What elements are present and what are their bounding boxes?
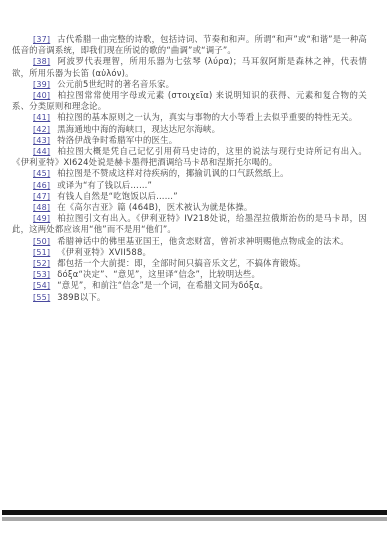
footnote-item: [53]δόξα“决定”、“意见”，这里译“信念”，比较明达些。 [12, 269, 367, 280]
footnote-item: [42]黑海通地中海的海峡口，现达达尼尔海峡。 [12, 124, 367, 135]
footnote-item: [47]有钱人自然是“吃饱饭以后……” [12, 191, 367, 202]
page-bottom-edge-light [2, 517, 387, 522]
footnote-item: [50]希腊神话中的佛里基亚国王，他贪恋财富，曾祈求神明赐他点物成金的法术。 [12, 236, 367, 247]
footnote-link[interactable]: [38] [33, 57, 50, 66]
footnote-link[interactable]: [43] [33, 136, 50, 145]
footnote-item: [46]或译为“有了钱以后……” [12, 180, 367, 191]
footnote-link[interactable]: [47] [33, 192, 50, 201]
footnote-text: 都包括一个大前提：即，全部时间只搞音乐文艺，不搞体育锻炼。 [57, 258, 306, 268]
footnote-item: [37]古代希腊一曲完整的诗歌，包括诗词、节奏和和声。所谓“和声”或“和谐”是一… [12, 34, 367, 56]
footnote-text: 希腊神话中的佛里基亚国王，他贪恋财富，曾祈求神明赐他点物成金的法术。 [57, 236, 349, 246]
footnote-link[interactable]: [54] [33, 281, 50, 290]
footnote-text: 柏拉图常常使用字母或元素 (στοιχεῖα) 来说明知识的获得、元素和复合物的… [12, 90, 367, 111]
footnote-link[interactable]: [40] [33, 91, 50, 100]
footnote-item: [49]柏拉图引文有出入。《伊利亚特》IV218处说，给墨涅拉俄斯治伤的是马卡昂… [12, 213, 367, 235]
footnote-link[interactable]: [48] [33, 203, 50, 212]
footnote-item: [51]《伊利亚特》XVII588。 [12, 247, 367, 258]
footnote-text: “意见”，和前注“信念”是一个词，在希腊文同为δόξα。 [57, 280, 268, 290]
footnote-item: [38]阿波罗代表理智，所用乐器为七弦琴 (λύρα)；马耳叙阿斯是森林之神，代… [12, 56, 367, 78]
footnote-link[interactable]: [55] [33, 293, 50, 302]
footnote-text: 或译为“有了钱以后……” [57, 180, 152, 190]
footnote-text: 柏拉图的基本原则之一认为，真实与事物的大小等看上去似乎重要的特性无关。 [57, 112, 357, 122]
footnote-item: [40]柏拉图常常使用字母或元素 (στοιχεῖα) 来说明知识的获得、元素和… [12, 90, 367, 112]
footnote-text: 389B以下。 [57, 292, 105, 302]
footnote-item: [54]“意见”，和前注“信念”是一个词，在希腊文同为δόξα。 [12, 280, 367, 291]
document-page: [37]古代希腊一曲完整的诗歌，包括诗词、节奏和和声。所谓“和声”或“和谐”是一… [0, 0, 390, 546]
footnote-item: [55]389B以下。 [12, 292, 367, 303]
footnote-text: 公元前5世纪时的著名音乐家。 [57, 79, 174, 89]
footnote-link[interactable]: [45] [33, 169, 50, 178]
footnote-text: 有钱人自然是“吃饱饭以后……” [57, 191, 178, 201]
footnote-text: 阿波罗代表理智，所用乐器为七弦琴 (λύρα)；马耳叙阿斯是森林之神，代表情欲，… [12, 56, 367, 77]
footnote-text: 柏拉图大概是凭自己记忆引用荷马史诗的，这里的说法与现行史诗所记有出入。《伊利亚特… [12, 146, 367, 167]
footnote-text: 柏拉图是不赞成这样对待疾病的，揶揄讥讽的口气跃然纸上。 [57, 168, 289, 178]
footnote-link[interactable]: [49] [33, 214, 50, 223]
footnote-link[interactable]: [52] [33, 259, 50, 268]
footnote-link[interactable]: [46] [33, 181, 50, 190]
footnote-text: δόξα“决定”、“意见”，这里译“信念”，比较明达些。 [57, 269, 260, 279]
footnote-text: 在《高尔吉亚》篇 (464B)，医术被认为就是体操。 [57, 202, 252, 212]
footnote-item: [39]公元前5世纪时的著名音乐家。 [12, 79, 367, 90]
footnote-link[interactable]: [41] [33, 113, 50, 122]
footnote-item: [41]柏拉图的基本原则之一认为，真实与事物的大小等看上去似乎重要的特性无关。 [12, 112, 367, 123]
footnote-link[interactable]: [51] [33, 248, 50, 257]
footnote-text: 古代希腊一曲完整的诗歌，包括诗词、节奏和和声。所谓“和声”或“和谐”是一种高低音… [12, 34, 367, 55]
footnote-item: [45]柏拉图是不赞成这样对待疾病的，揶揄讥讽的口气跃然纸上。 [12, 168, 367, 179]
footnote-item: [43]特洛伊战争时希腊军中的医生。 [12, 135, 367, 146]
footnote-link[interactable]: [37] [33, 35, 50, 44]
footnote-item: [44]柏拉图大概是凭自己记忆引用荷马史诗的，这里的说法与现行史诗所记有出入。《… [12, 146, 367, 168]
footnote-link[interactable]: [44] [33, 147, 50, 156]
page-bottom-edge-dark [2, 510, 387, 515]
footnote-link[interactable]: [39] [33, 80, 50, 89]
footnote-text: 《伊利亚特》XVII588。 [57, 247, 151, 257]
footnote-text: 柏拉图引文有出入。《伊利亚特》IV218处说，给墨涅拉俄斯治伤的是马卡昂，因此，… [12, 213, 367, 234]
footnote-text: 特洛伊战争时希腊军中的医生。 [57, 135, 177, 145]
footnote-text: 黑海通地中海的海峡口，现达达尼尔海峡。 [57, 124, 220, 134]
footnote-link[interactable]: [50] [33, 237, 50, 246]
footnotes-list: [37]古代希腊一曲完整的诗歌，包括诗词、节奏和和声。所谓“和声”或“和谐”是一… [12, 34, 367, 303]
footnote-link[interactable]: [53] [33, 270, 50, 279]
footnote-item: [52]都包括一个大前提：即，全部时间只搞音乐文艺，不搞体育锻炼。 [12, 258, 367, 269]
footnote-link[interactable]: [42] [33, 125, 50, 134]
footnote-item: [48]在《高尔吉亚》篇 (464B)，医术被认为就是体操。 [12, 202, 367, 213]
